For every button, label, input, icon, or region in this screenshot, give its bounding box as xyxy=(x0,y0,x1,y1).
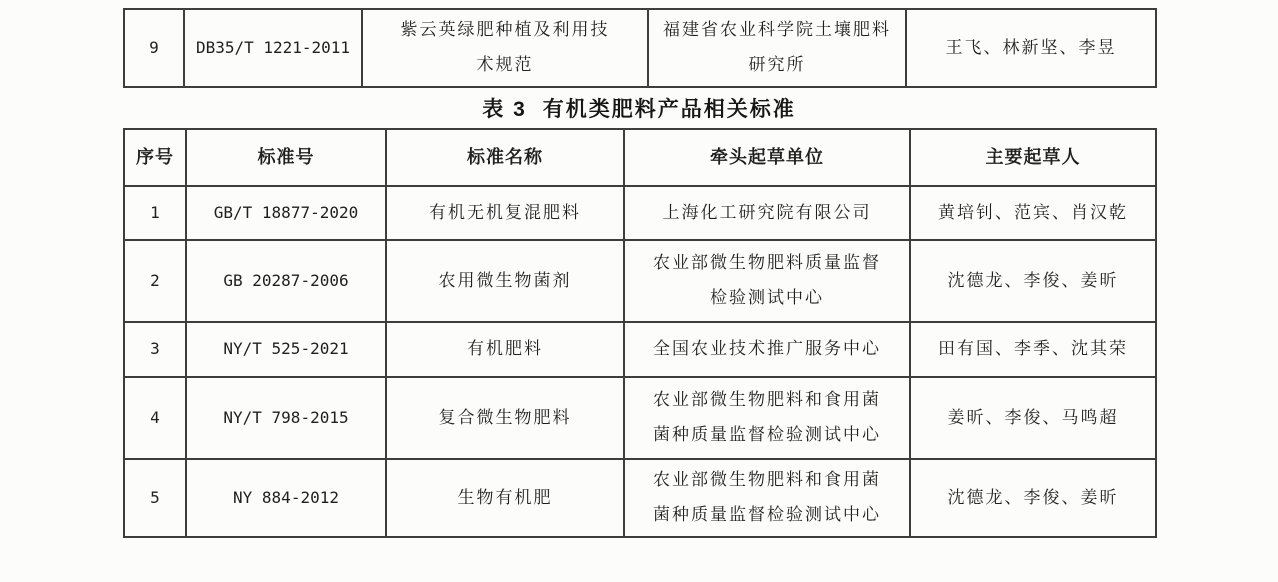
drafters-cell: 王飞、林新坚、李昱 xyxy=(906,9,1156,87)
standard-no-cell: GB/T 18877-2020 xyxy=(186,186,386,240)
standard-name-cell: 生物有机肥 xyxy=(386,459,624,537)
table3-title-label: 表 3 xyxy=(482,98,527,121)
standard-name-cell: 农用微生物菌剂 xyxy=(386,240,624,322)
seq-cell: 2 xyxy=(124,240,186,322)
standard-name-cell: 复合微生物肥料 xyxy=(386,377,624,459)
header-drafting-unit: 牵头起草单位 xyxy=(624,129,910,186)
drafters-cell: 沈德龙、李俊、姜昕 xyxy=(910,240,1156,322)
drafting-unit-cell: 农业部微生物肥料和食用菌菌种质量监督检验测试中心 xyxy=(624,459,910,537)
drafters-cell: 黄培钊、范宾、肖汉乾 xyxy=(910,186,1156,240)
drafters-cell: 田有国、李季、沈其荣 xyxy=(910,322,1156,377)
header-seq: 序号 xyxy=(124,129,186,186)
table-row: 1 GB/T 18877-2020 有机无机复混肥料 上海化工研究院有限公司 黄… xyxy=(124,186,1156,240)
seq-cell: 5 xyxy=(124,459,186,537)
drafting-unit-cell: 农业部微生物肥料质量监督检验测试中心 xyxy=(624,240,910,322)
table3: 序号 标准号 标准名称 牵头起草单位 主要起草人 1 GB/T 18877-20… xyxy=(123,128,1157,538)
drafting-unit-text: 农业部微生物肥料和食用菌菌种质量监督检验测试中心 xyxy=(650,383,884,453)
table2-partial-row: 9 DB35/T 1221-2011 紫云英绿肥种植及利用技术规范 福建省农业科… xyxy=(123,8,1157,88)
standard-no-cell: DB35/T 1221-2011 xyxy=(184,9,362,87)
drafting-unit-cell: 农业部微生物肥料和食用菌菌种质量监督检验测试中心 xyxy=(624,377,910,459)
table-header-row: 序号 标准号 标准名称 牵头起草单位 主要起草人 xyxy=(124,129,1156,186)
table-row: 4 NY/T 798-2015 复合微生物肥料 农业部微生物肥料和食用菌菌种质量… xyxy=(124,377,1156,459)
drafting-unit-text: 农业部微生物肥料质量监督检验测试中心 xyxy=(650,246,884,316)
drafting-unit-text: 全国农业技术推广服务中心 xyxy=(653,332,881,367)
scanned-document-page: 9 DB35/T 1221-2011 紫云英绿肥种植及利用技术规范 福建省农业科… xyxy=(0,0,1278,582)
drafting-unit-cell: 全国农业技术推广服务中心 xyxy=(624,322,910,377)
seq-cell: 4 xyxy=(124,377,186,459)
drafters-cell: 沈德龙、李俊、姜昕 xyxy=(910,459,1156,537)
drafting-unit-cell: 福建省农业科学院土壤肥料研究所 xyxy=(648,9,906,87)
drafters-cell: 姜昕、李俊、马鸣超 xyxy=(910,377,1156,459)
standard-no-cell: NY/T 798-2015 xyxy=(186,377,386,459)
header-drafters: 主要起草人 xyxy=(910,129,1156,186)
drafting-unit-cell: 上海化工研究院有限公司 xyxy=(624,186,910,240)
standard-name-cell: 紫云英绿肥种植及利用技术规范 xyxy=(362,9,648,87)
table-row: 2 GB 20287-2006 农用微生物菌剂 农业部微生物肥料质量监督检验测试… xyxy=(124,240,1156,322)
table-row: 5 NY 884-2012 生物有机肥 农业部微生物肥料和食用菌菌种质量监督检验… xyxy=(124,459,1156,537)
drafting-unit-text: 农业部微生物肥料和食用菌菌种质量监督检验测试中心 xyxy=(650,463,884,533)
seq-cell: 9 xyxy=(124,9,184,87)
drafting-unit-text: 福建省农业科学院土壤肥料研究所 xyxy=(660,13,894,83)
standard-name-cell: 有机肥料 xyxy=(386,322,624,377)
drafting-unit-text: 上海化工研究院有限公司 xyxy=(663,196,872,231)
table3-title: 表 3有机类肥料产品相关标准 xyxy=(123,92,1155,128)
header-standard-name: 标准名称 xyxy=(386,129,624,186)
seq-cell: 1 xyxy=(124,186,186,240)
standard-no-cell: NY/T 525-2021 xyxy=(186,322,386,377)
standard-name-text: 紫云英绿肥种植及利用技术规范 xyxy=(394,13,616,83)
table3-title-text: 有机类肥料产品相关标准 xyxy=(543,98,796,121)
table-row: 9 DB35/T 1221-2011 紫云英绿肥种植及利用技术规范 福建省农业科… xyxy=(124,9,1156,87)
table-row: 3 NY/T 525-2021 有机肥料 全国农业技术推广服务中心 田有国、李季… xyxy=(124,322,1156,377)
standard-name-cell: 有机无机复混肥料 xyxy=(386,186,624,240)
seq-cell: 3 xyxy=(124,322,186,377)
standard-no-cell: NY 884-2012 xyxy=(186,459,386,537)
standard-no-cell: GB 20287-2006 xyxy=(186,240,386,322)
header-standard-no: 标准号 xyxy=(186,129,386,186)
